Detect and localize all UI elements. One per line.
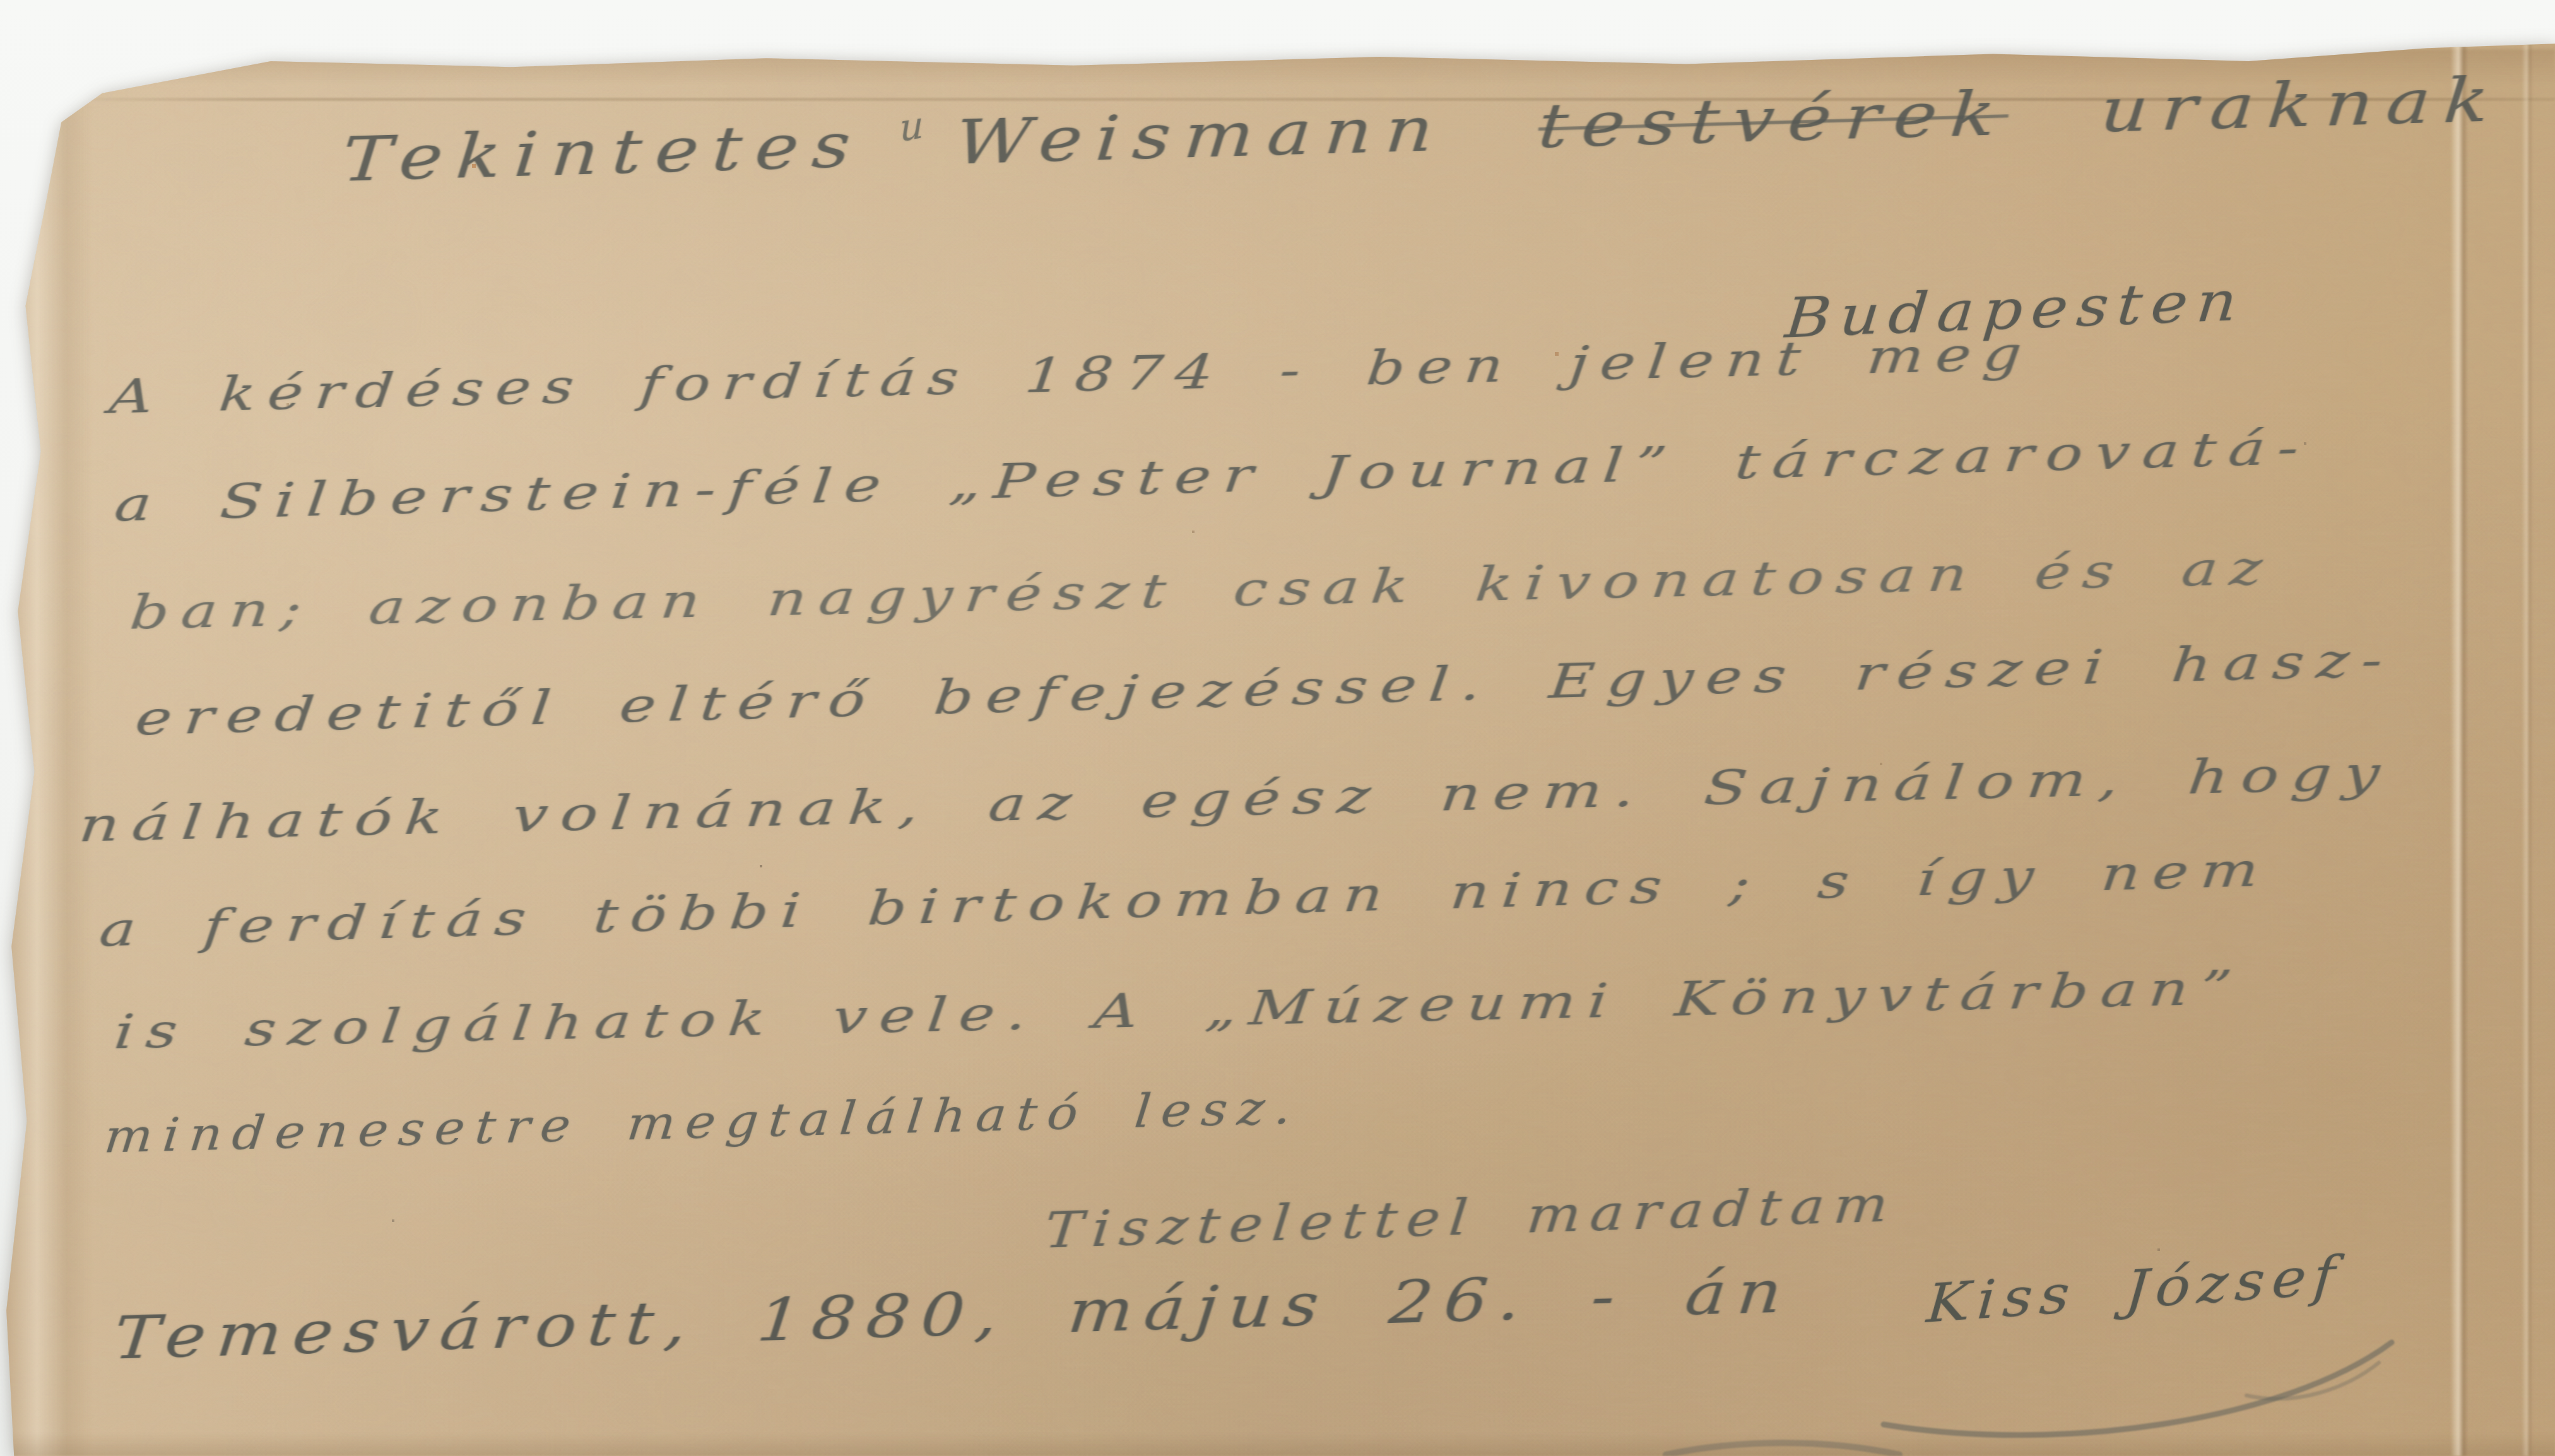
body-line-4: eredetitől eltérő befejezéssel. Egyes ré… bbox=[133, 633, 2397, 746]
body-line-3: ban; azonban nagyrészt csak kivonatosan … bbox=[127, 541, 2277, 640]
body-line-8: mindenesetre megtalálható lesz. bbox=[102, 1080, 1304, 1163]
paper-specks bbox=[0, 0, 1, 1]
letter-paper: Tekintetes Weismann testvérek uraknak u … bbox=[0, 0, 2555, 1456]
torn-left-edge-shading bbox=[0, 58, 92, 1456]
body-line-2: a Silberstein-féle „Pester Journal” tárc… bbox=[112, 420, 2313, 532]
body-line-5: nálhatók volnának, az egész nem. Sajnálo… bbox=[76, 746, 2394, 852]
body-line-6: a ferdítás többi birtokomban nincs ; s í… bbox=[97, 842, 2273, 957]
recipient-name: Weismann bbox=[953, 95, 1449, 179]
scanned-letter-page: Tekintetes Weismann testvérek uraknak u … bbox=[0, 0, 2555, 1456]
paper-shadow-wrap: Tekintetes Weismann testvérek uraknak u … bbox=[0, 0, 2555, 1456]
signature: Kiss József bbox=[1925, 1243, 2344, 1335]
vertical-fold-crease-faint bbox=[2522, 44, 2534, 1456]
date-line: Temesvárott, 1880, május 26. - án bbox=[111, 1258, 1796, 1373]
bottom-edge-shading bbox=[0, 1433, 2555, 1456]
struck-word: testvérek bbox=[1536, 79, 2011, 163]
closing-line: Tisztelettel maradtam bbox=[1042, 1176, 1899, 1260]
pencil-insertion-mark: u bbox=[899, 102, 924, 151]
vertical-fold-crease bbox=[2450, 41, 2472, 1456]
salutation-word-uraknak: uraknak bbox=[2098, 65, 2504, 147]
body-line-7: is szolgálhatok vele. A „Múzeumi Könyvtá… bbox=[112, 960, 2246, 1059]
salutation-word-tekintetes: Tekintetes bbox=[339, 110, 866, 196]
body-line-1: A kérdéses fordítás 1874 - ben jelent me… bbox=[107, 326, 2036, 424]
